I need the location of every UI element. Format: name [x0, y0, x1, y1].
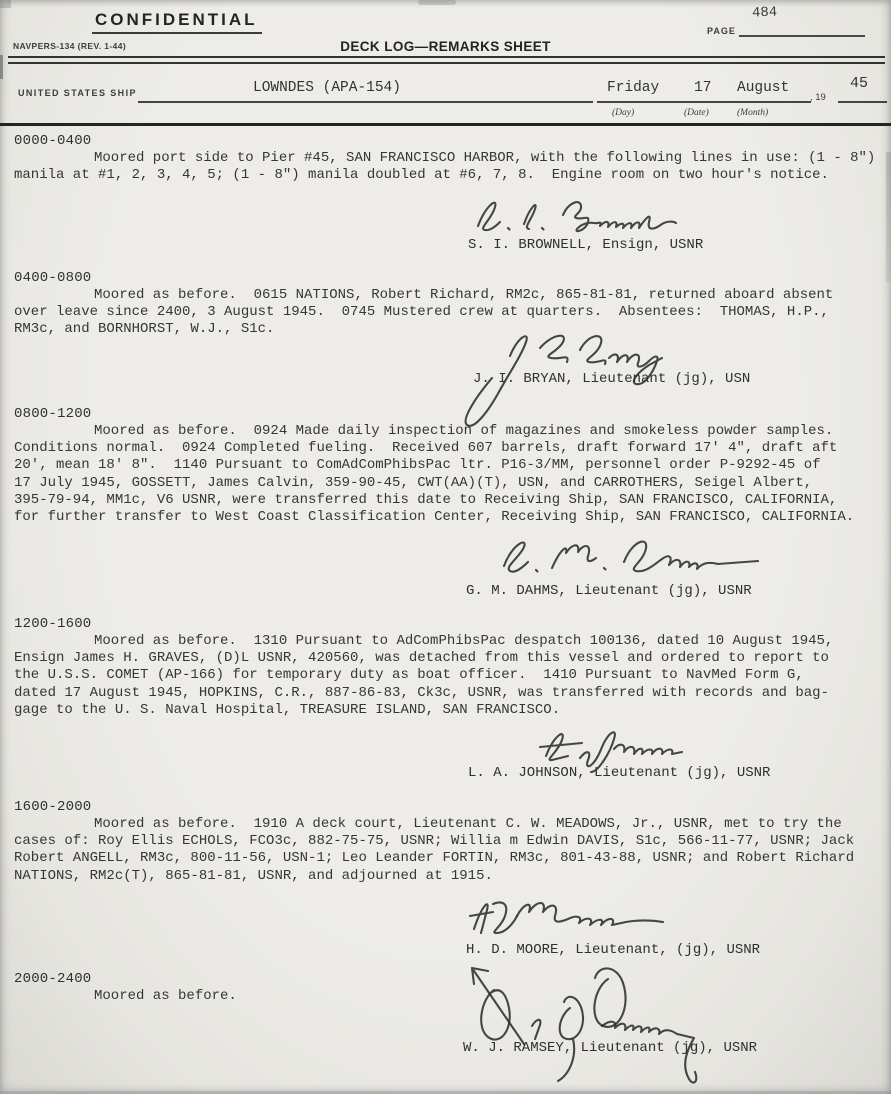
date-line	[597, 101, 811, 103]
classification-stamp: CONFIDENTIAL	[95, 10, 258, 30]
signature-name: W. J. RAMSEY, Lieutenant (jg), USNR	[463, 1040, 757, 1056]
entry-text: Moored as before. 0924 Made daily inspec…	[14, 423, 890, 526]
watch-heading: 0400-0800	[14, 270, 91, 287]
date-day-value: Friday	[607, 80, 659, 96]
month-field-label: (Month)	[737, 108, 768, 118]
signature-name: L. A. JOHNSON, Lieutenant (jg), USNR	[468, 765, 770, 781]
day-field-label: (Day)	[612, 108, 634, 118]
page-number: 484	[752, 5, 778, 22]
entry-text: Moored as before. 1910 A deck court, Lie…	[14, 816, 890, 885]
entry-text: Moored as before. 1310 Pursuant to AdCom…	[14, 633, 890, 719]
signature-script-dahms	[486, 534, 771, 589]
ship-name-line	[138, 101, 593, 103]
year-prefix: , 19	[810, 92, 826, 103]
deck-log-page: CONFIDENTIAL 484 PAGE NAVPERS-134 (REV. …	[0, 0, 891, 1094]
form-title: DECK LOG—REMARKS SHEET	[0, 39, 891, 54]
watch-heading: 1600-2000	[14, 799, 91, 816]
classification-underline	[92, 32, 262, 34]
watch-heading: 2000-2400	[14, 971, 91, 988]
watch-heading: 1200-1600	[14, 616, 91, 633]
signature-name: S. I. BROWNELL, Ensign, USNR	[468, 237, 703, 253]
date-month-value: August	[737, 80, 789, 96]
date-date-value: 17	[694, 80, 711, 96]
header-double-rule	[8, 56, 885, 64]
watch-heading: 0800-1200	[14, 406, 91, 423]
page-number-line	[739, 35, 865, 37]
ship-name: LOWNDES (APA-154)	[253, 80, 401, 96]
watch-heading: 0000-0400	[14, 133, 91, 150]
scan-artifact	[0, 0, 11, 8]
signature-name: G. M. DAHMS, Lieutenant (jg), USNR	[466, 583, 752, 599]
date-field-label: (Date)	[684, 108, 709, 118]
entry-text: Moored port side to Pier #45, SAN FRANCI…	[14, 150, 890, 184]
signature-script-moore	[460, 893, 675, 943]
year-line	[838, 101, 887, 103]
page-label: PAGE	[707, 26, 736, 36]
ship-label: UNITED STATES SHIP	[18, 88, 137, 98]
header-heavy-rule	[0, 123, 891, 126]
signature-name: J. I. BRYAN, Lieutenant (jg), USN	[473, 371, 750, 387]
date-year-value: 45	[850, 75, 868, 92]
signature-script-ramsey	[438, 946, 738, 1094]
scan-artifact	[418, 0, 456, 5]
scan-artifact	[0, 55, 3, 79]
signature-script-brownell	[468, 193, 683, 241]
